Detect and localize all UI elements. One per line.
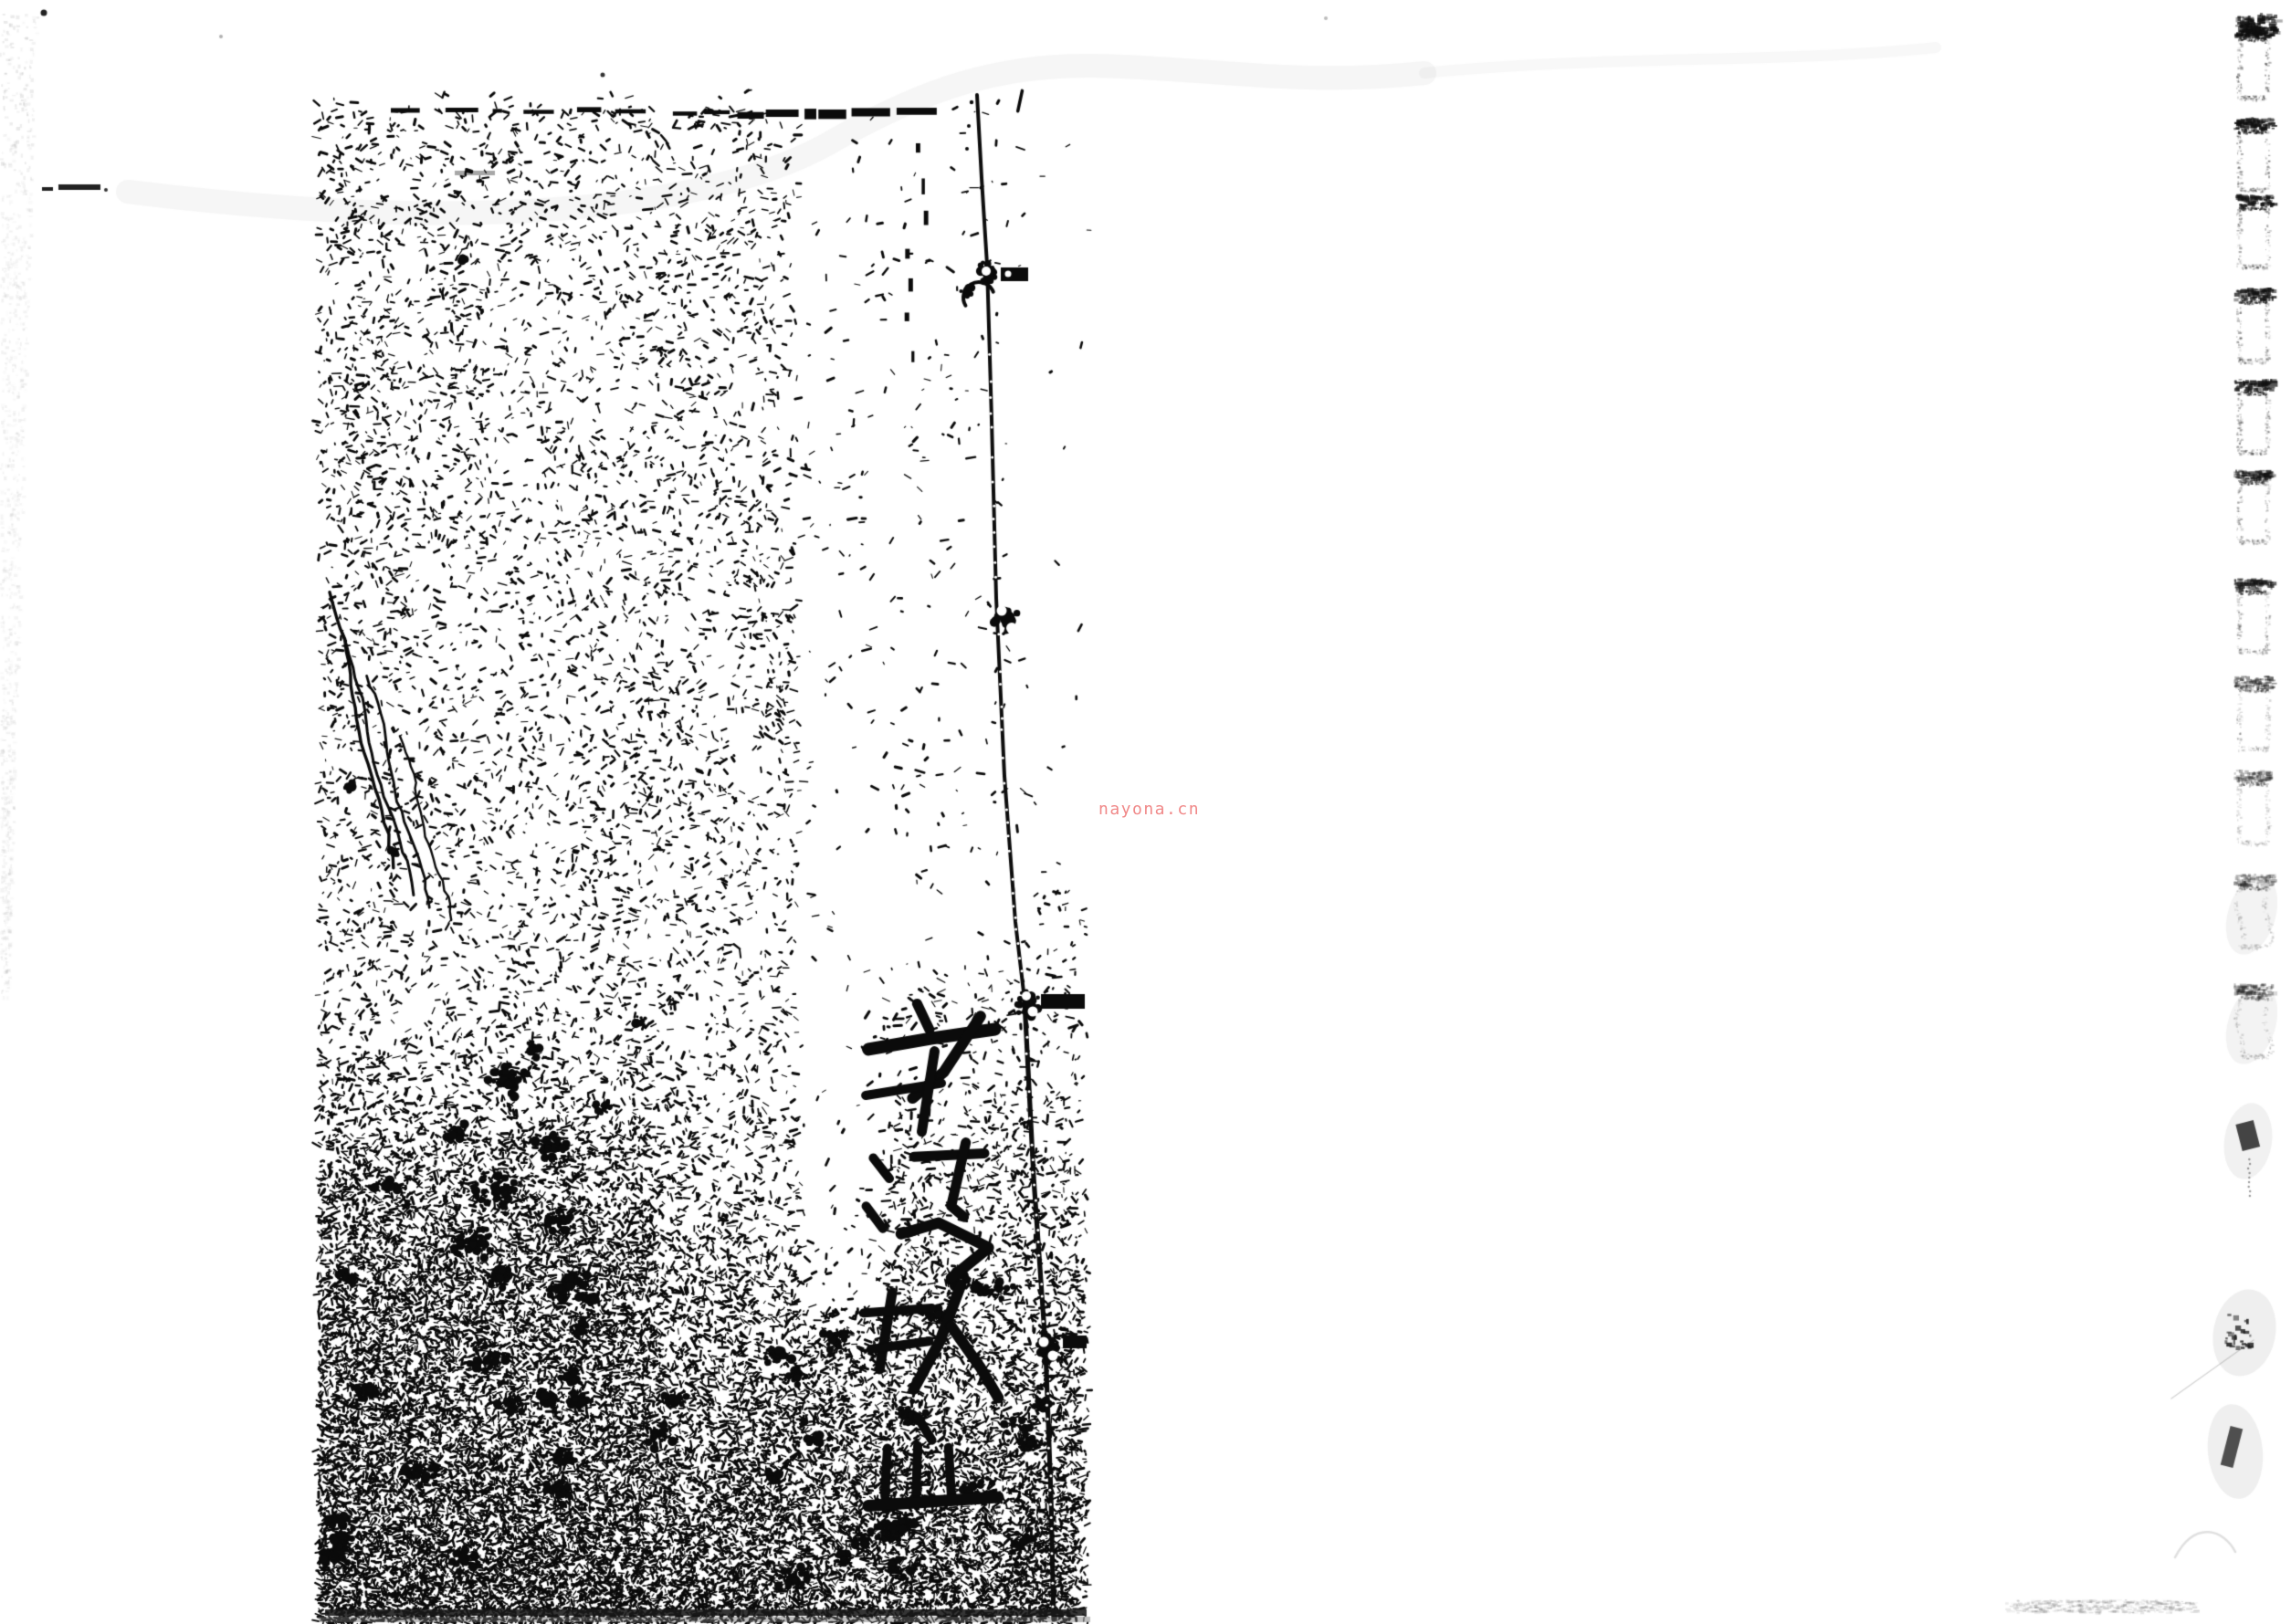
handwritten-title-calligraphy: 李法敏血 <box>856 990 1014 1549</box>
scanned-document-page: 李法敏血 nayona.cn <box>0 0 2291 1624</box>
watermark-text: nayona.cn <box>1098 800 1200 819</box>
